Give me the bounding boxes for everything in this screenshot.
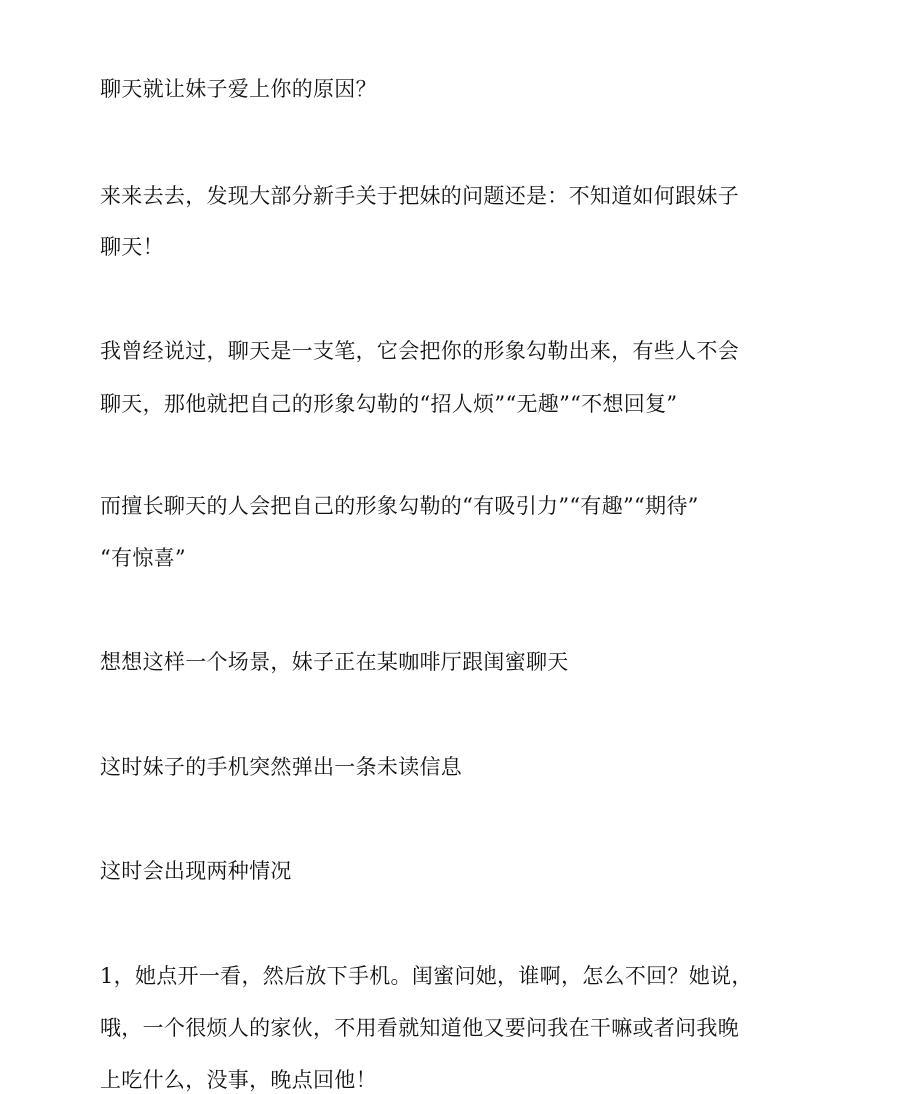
document-page: 聊天就让妹子爱上你的原因？ 来来去去，发现大部分新手关于把妹的问题还是：不知道如… (0, 0, 899, 1094)
paragraph-3-line-2: 聊天，那他就把自己的形象勾勒的“招人烦”“无趣”“不想回复” (100, 389, 677, 419)
paragraph-8-line-1: 1，她点开一看，然后放下手机。闺蜜问她，谁啊，怎么不回？她说， (100, 961, 753, 991)
paragraph-1-line-1: 聊天就让妹子爱上你的原因？ (100, 74, 377, 104)
paragraph-4-line-1: 而擅长聊天的人会把自己的形象勾勒的“有吸引力”“有趣”“期待” (100, 491, 699, 521)
paragraph-8-line-3: 上吃什么，没事，晚点回他！ (100, 1065, 377, 1094)
paragraph-2-line-1: 来来去去，发现大部分新手关于把妹的问题还是：不知道如何跟妹子 (100, 181, 739, 211)
paragraph-5-line-1: 想想这样一个场景，妹子正在某咖啡厅跟闺蜜聊天 (100, 647, 569, 677)
paragraph-4-line-2: “有惊喜” (100, 543, 186, 573)
paragraph-7-line-1: 这时会出现两种情况 (100, 856, 292, 886)
paragraph-8-line-2: 哦，一个很烦人的家伙，不用看就知道他又要问我在干嘛或者问我晚 (100, 1013, 739, 1043)
paragraph-2-line-2: 聊天！ (100, 232, 164, 262)
paragraph-6-line-1: 这时妹子的手机突然弹出一条未读信息 (100, 752, 462, 782)
paragraph-3-line-1: 我曾经说过，聊天是一支笔，它会把你的形象勾勒出来，有些人不会 (100, 336, 739, 366)
